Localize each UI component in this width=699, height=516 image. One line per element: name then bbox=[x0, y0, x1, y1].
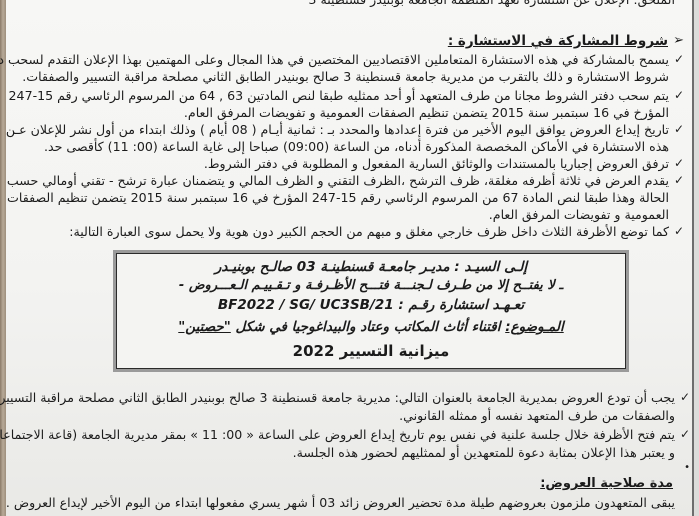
envelope-subject: المـوضوع: اقتناء أثاث المكاتب وعتاد والب… bbox=[116, 319, 626, 335]
checkmark-icon: ✓ bbox=[674, 155, 684, 172]
paragraph-line: المؤرخ في 16 سبتمبر سنة 2015 يتضمن تنظيم… bbox=[184, 104, 669, 121]
paragraph-line: يتم سحب دفتر الشروط مجانا من طرف المتعهد… bbox=[9, 87, 669, 104]
reference-label: تعـهـد استشارة رقـم : bbox=[398, 297, 524, 313]
paragraph-line: و يعتبر هذا الإعلان بمثابة دعوة للمتعهدي… bbox=[293, 444, 675, 461]
checkmark-icon: ✓ bbox=[674, 87, 684, 104]
subject-lots: "حصتين" bbox=[178, 319, 231, 335]
paragraph-line: العمومية و تفويضات المرفق العام. bbox=[489, 206, 669, 223]
arrow-bullet-icon: ➢ bbox=[673, 33, 684, 48]
reference-number: BF2022 / SG/ UC3SB/21 bbox=[218, 297, 394, 313]
cut-off-top-line: الملحق: الإعلان عن استشارة تعهد المنظمة … bbox=[308, 0, 675, 8]
checkmark-icon: ✓ bbox=[674, 223, 684, 240]
validity-heading: مدة صلاحية العروض: bbox=[540, 476, 673, 491]
envelope-do-not-open-notice: ـ لا يفتــح إلا من طـرف لـجنـــة فتـــح … bbox=[116, 278, 626, 293]
paragraph-line: يتم فتح الأظرفة خلال جلسة علنية في نفس ي… bbox=[0, 426, 675, 443]
paragraph-line: يسمح بالمشاركة في هذه الاستشارة المتعامل… bbox=[0, 51, 669, 68]
paragraph-line: ترفق العروض إجباريا بالمستندات والوثائق … bbox=[204, 155, 669, 172]
paragraph-line: تاريخ إيداع العروض يوافق اليوم الأخير من… bbox=[6, 121, 669, 138]
envelope-label-box: إلـى السيـد : مديـر جامعـة قسنطينـة 03 ص… bbox=[113, 250, 629, 372]
validity-text: يبقى المتعهدون ملزمون بعروضهم طيلة مدة ت… bbox=[6, 494, 675, 511]
paragraph-line: يقدم العرض في ثلاثة أظرفه مغلقة، ظرف الت… bbox=[7, 172, 669, 189]
checkmark-icon: ✓ bbox=[680, 389, 690, 406]
paragraph-line: شروط الاستشارة و ذلك بالتقرب من مديرية ج… bbox=[22, 68, 669, 85]
subject-label: المـوضوع: bbox=[505, 319, 564, 335]
checkmark-icon: ✓ bbox=[680, 426, 690, 443]
checkmark-icon: ✓ bbox=[674, 51, 684, 68]
paragraph-line: الحالة وهذا طبقا لنص المادة 67 من المرسو… bbox=[7, 189, 669, 206]
envelope-addressee: إلـى السيـد : مديـر جامعـة قسنطينـة 03 ص… bbox=[116, 259, 626, 275]
paragraph-line: يجب أن تودع العروض بمديرية الجامعة بالعن… bbox=[0, 389, 675, 406]
checkmark-icon: ✓ bbox=[674, 172, 684, 189]
page-edge bbox=[694, 0, 699, 516]
participation-heading: شروط المشاركة في الاستشارة : bbox=[448, 33, 668, 49]
consultation-reference: تعـهـد استشارة رقـم : BF2022 / SG/ UC3SB… bbox=[116, 297, 626, 313]
paragraph-line: كما توضع الأظرفة الثلاث داخل ظرف خارجي م… bbox=[69, 223, 669, 240]
subject-text: اقتناء أثاث المكاتب وعتاد والبيداغوجيا ف… bbox=[231, 319, 505, 335]
paragraph-line: هذه الاستشارة في الأماكن المخصصة المذكور… bbox=[44, 138, 669, 155]
bullet-dot-icon: • bbox=[684, 462, 690, 473]
checkmark-icon: ✓ bbox=[674, 121, 684, 138]
budget-line: ميزانية التسيير 2022 bbox=[116, 342, 626, 360]
paragraph-line: والصفقات من طرف المتعهد نفسه أو ممثله ال… bbox=[399, 407, 675, 424]
